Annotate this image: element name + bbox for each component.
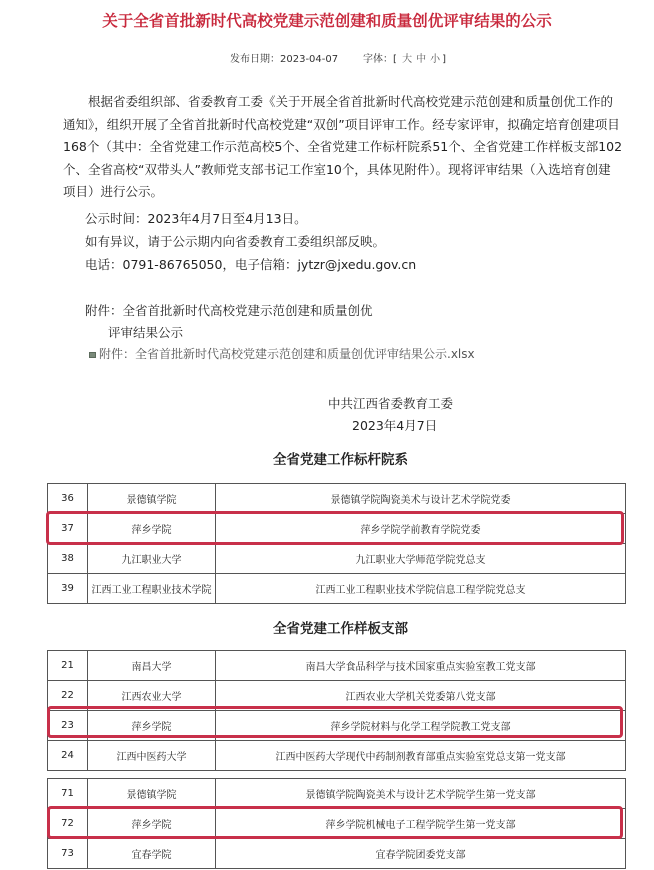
school-name: 南昌大学 (88, 651, 216, 681)
font-size-switcher: 字体：[ 大中小] (363, 50, 446, 65)
row-number: 22 (48, 681, 88, 711)
publish-date-label: 发布日期： (230, 54, 280, 65)
table-row-highlighted: 23 萍乡学院 萍乡学院材料与化学工程学院教工党支部 (48, 711, 626, 741)
unit-name: 九江职业大学师范学院党总支 (216, 544, 626, 574)
section-title-model-branches: 全省党建工作样板支部 (273, 617, 408, 637)
row-number: 36 (48, 484, 88, 514)
unit-name: 南昌大学食品科学与技术国家重点实验室教工党支部 (216, 651, 626, 681)
table-row: 36 景德镇学院 景德镇学院陶瓷美术与设计艺术学院党委 (48, 484, 626, 514)
school-name: 江西中医药大学 (88, 741, 216, 771)
unit-name: 萍乡学院学前教育学院党委 (216, 514, 626, 544)
row-number: 21 (48, 651, 88, 681)
school-name: 萍乡学院 (88, 711, 216, 741)
row-number: 38 (48, 544, 88, 574)
unit-name: 萍乡学院材料与化学工程学院教工党支部 (216, 711, 626, 741)
school-name: 江西农业大学 (88, 681, 216, 711)
school-name: 萍乡学院 (88, 809, 216, 839)
notice-period: 公示时间：2023年4月7日至4月13日。 (85, 209, 307, 227)
publish-date-value: 2023-04-07 (280, 54, 338, 65)
signature-date: 2023年4月7日 (352, 416, 437, 434)
table-row: 24 江西中医药大学 江西中医药大学现代中药制剂教育部重点实验室党总支第一党支部 (48, 741, 626, 771)
table-row-highlighted: 72 萍乡学院 萍乡学院机械电子工程学院学生第一党支部 (48, 809, 626, 839)
font-size-small-button[interactable]: 小 (430, 54, 440, 65)
school-name: 九江职业大学 (88, 544, 216, 574)
table-row: 38 九江职业大学 九江职业大学师范学院党总支 (48, 544, 626, 574)
school-name: 宜春学院 (88, 839, 216, 869)
objection-note: 如有异议，请于公示期内向省委教育工委组织部反映。 (85, 232, 385, 250)
attachment-label-cont: 评审结果公示 (108, 323, 183, 341)
article-title: 关于全省首批新时代高校党建示范创建和质量创优评审结果的公示 (0, 9, 654, 31)
table-row: 22 江西农业大学 江西农业大学机关党委第八党支部 (48, 681, 626, 711)
font-size-large-button[interactable]: 大 (402, 54, 412, 65)
school-name: 江西工业工程职业技术学院 (88, 574, 216, 604)
table-row: 73 宜春学院 宜春学院团委党支部 (48, 839, 626, 869)
row-number: 37 (48, 514, 88, 544)
unit-name: 萍乡学院机械电子工程学院学生第一党支部 (216, 809, 626, 839)
spreadsheet-file-icon (89, 352, 96, 358)
bracket-open: [ (393, 54, 397, 65)
attachment-link-text[interactable]: 附件：全省首批新时代高校党建示范创建和质量创优评审结果公示.xlsx (99, 347, 475, 361)
signature-org: 中共江西省委教育工委 (328, 394, 453, 412)
benchmark-departments-table: 36 景德镇学院 景德镇学院陶瓷美术与设计艺术学院党委 37 萍乡学院 萍乡学院… (47, 483, 626, 604)
row-number: 71 (48, 779, 88, 809)
unit-name: 景德镇学院陶瓷美术与设计艺术学院学生第一党支部 (216, 779, 626, 809)
table-row: 39 江西工业工程职业技术学院 江西工业工程职业技术学院信息工程学院党总支 (48, 574, 626, 604)
contact-info: 电话：0791-86765050，电子信箱：jytzr@jxedu.gov.cn (85, 255, 416, 273)
table-row: 21 南昌大学 南昌大学食品科学与技术国家重点实验室教工党支部 (48, 651, 626, 681)
table-row-highlighted: 37 萍乡学院 萍乡学院学前教育学院党委 (48, 514, 626, 544)
unit-name: 景德镇学院陶瓷美术与设计艺术学院党委 (216, 484, 626, 514)
model-branches-table: 21 南昌大学 南昌大学食品科学与技术国家重点实验室教工党支部 22 江西农业大… (47, 650, 626, 771)
unit-name: 江西农业大学机关党委第八党支部 (216, 681, 626, 711)
model-branches-table-continued: 71 景德镇学院 景德镇学院陶瓷美术与设计艺术学院学生第一党支部 72 萍乡学院… (47, 778, 626, 869)
intro-paragraph: 根据省委组织部、省委教育工委《关于开展全省首批新时代高校党建示范创建和质量创优工… (63, 91, 623, 204)
attachment-download-link[interactable]: 附件：全省首批新时代高校党建示范创建和质量创优评审结果公示.xlsx (89, 345, 475, 362)
school-name: 景德镇学院 (88, 484, 216, 514)
unit-name: 江西工业工程职业技术学院信息工程学院党总支 (216, 574, 626, 604)
bracket-close: ] (442, 54, 446, 65)
publish-date: 发布日期：2023-04-07 (230, 50, 338, 65)
font-size-medium-button[interactable]: 中 (416, 54, 426, 65)
row-number: 73 (48, 839, 88, 869)
table-row: 71 景德镇学院 景德镇学院陶瓷美术与设计艺术学院学生第一党支部 (48, 779, 626, 809)
row-number: 72 (48, 809, 88, 839)
row-number: 23 (48, 711, 88, 741)
school-name: 萍乡学院 (88, 514, 216, 544)
row-number: 24 (48, 741, 88, 771)
unit-name: 江西中医药大学现代中药制剂教育部重点实验室党总支第一党支部 (216, 741, 626, 771)
font-size-label: 字体： (363, 54, 393, 65)
attachment-label: 附件：全省首批新时代高校党建示范创建和质量创优 (85, 301, 373, 319)
unit-name: 宜春学院团委党支部 (216, 839, 626, 869)
section-title-benchmark-departments: 全省党建工作标杆院系 (273, 448, 408, 468)
row-number: 39 (48, 574, 88, 604)
school-name: 景德镇学院 (88, 779, 216, 809)
